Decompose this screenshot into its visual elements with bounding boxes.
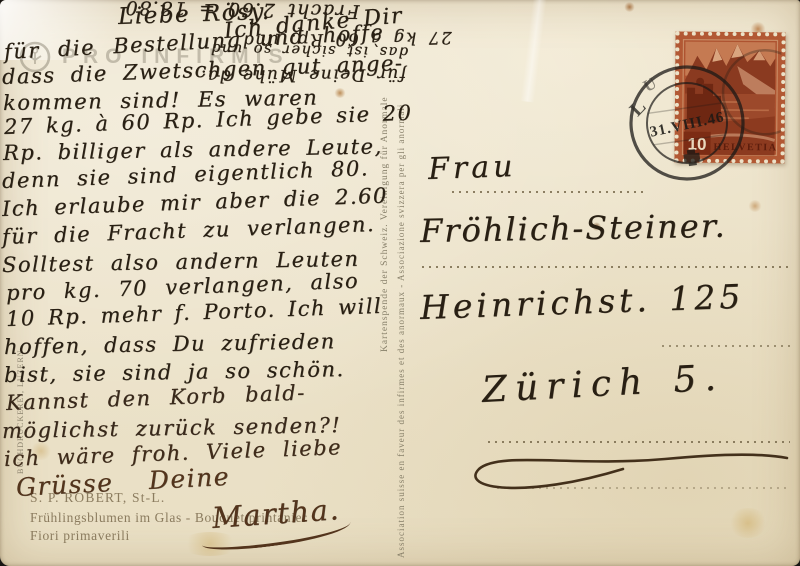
swiss-cross-icon <box>683 149 701 167</box>
message-line: Martha. <box>211 492 341 535</box>
address-line: Fröhlich-Steiner. <box>420 207 727 250</box>
paper-crease <box>520 0 547 102</box>
stain <box>748 200 762 212</box>
stain <box>728 508 768 538</box>
address-line: Frau <box>427 149 517 187</box>
stain <box>334 88 346 98</box>
address-line: Zürich 5. <box>481 357 725 411</box>
postcard: PRO INFIRMIS Liebe Rösy.Ich danke Dirfür… <box>0 0 800 566</box>
charity-credit-french-italian: Association suisse en faveur des infirme… <box>396 18 406 558</box>
address-dotted-line <box>662 345 794 347</box>
address-line: Heinrichst. 125 <box>419 277 745 327</box>
top-annotation-line: für Deine Mühe da. <box>188 64 418 86</box>
caption-title-it: Fiori primaverili <box>30 528 130 544</box>
message-line: hoffen, dass Du zufrieden <box>4 329 336 359</box>
underline-flourish <box>455 443 795 499</box>
stain <box>624 2 635 12</box>
postmark: L U 31.VIII.46 <box>618 54 756 192</box>
address-dotted-line <box>452 191 648 193</box>
address-dotted-line <box>422 266 788 268</box>
